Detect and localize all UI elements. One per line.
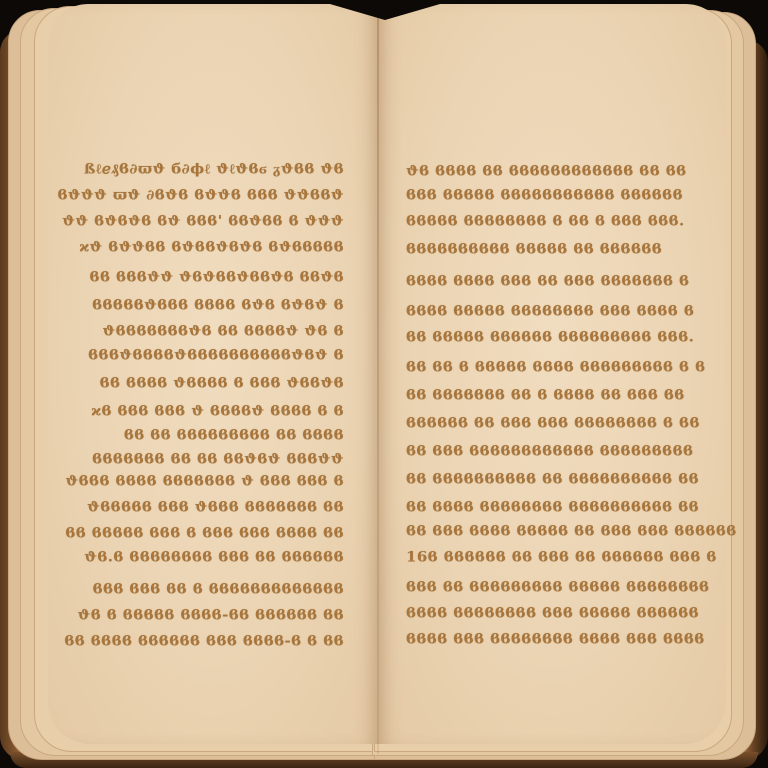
text-line: ϑϐ ϐϐϐϐ ϐϐ ϐϐϐϐϐϐϐϐϐϐϐϐ ϐϐ ϐϐ <box>406 163 687 180</box>
text-line: ϐϐ ϐϐϐ ϐϐϐϐϐϐϐϐϐϐϐϐ ϐϐϐϐϐϐϐϐϐ <box>406 443 693 460</box>
text-line: ϐϐ ϐϐϐ ϐϐϐϐ ϐϐϐϐϐ ϐϐ ϐϐϐ ϐϐϐ ϐϐϐϐϐϐ <box>406 523 737 540</box>
text-line: ϰϑ ϐϑϑϐϐ ϐϑϐϐϑϐϑϐ ϐϑϐϐϐϐϐ <box>79 239 344 256</box>
text-line: ϐϐ ϐϐϐϐ ϑϐϐϐϐ ϐ ϐϐϐ ϑϐϐϑϐ <box>100 375 344 392</box>
text-line: 16ϐ ϐϐϐϐϐϐ ϐϐ ϐϐϐ ϐϐ ϐϐϐϐϐϐ ϐϐϐ ϐ <box>406 549 717 566</box>
text-line: ϐϐ ϐϐϐϐϐ ϐϐϐϐϐϐ ϐϐϐϐϐϐϐϐϐ ϐϐϐ. <box>406 329 694 346</box>
text-line: ϑϐϐϐϐϐϐϐϑϐ ϐϐ ϐϐϐϐϑ ϑϐ ϐ <box>103 323 345 340</box>
text-line: ϐϐϐ ϐϐϐ ϐϐ ϐ ϐϐϐϐϐϐϐϐϐϐϐϐϐ <box>93 581 344 598</box>
text-line: ϑϐ.ϐ ϐϐϐϐϐϐϐϐ ϐϐϐ ϐϐ ϐϐϐϐϐϐ <box>84 549 344 566</box>
text-line: ϐϐϐϐ ϐϐϐ ϐϐϐϐϐϐϐϐ ϐϐϐϐ ϐϐϐ ϐϐϐϐ <box>406 631 705 648</box>
text-line: ϐϑϑϑ ϖϑ ∂ϐϑϐ ϐϑϑϐ ϐϐϐ ϑϑϐϐϑ <box>57 187 344 204</box>
text-line: ϐϐϐϐϐϐϐ ϐϐ ϐϐ ϐϐϑϐϑ ϐϐϐϑϑ <box>92 451 344 468</box>
open-book: ßℓℯ₰ϐ∂ϖϑ б∂ϕℓ ϑℓϑϐϭ ᵹϑϐϐ ϑϐϐϑϑϑ ϖϑ ∂ϐϑϐ … <box>0 0 768 768</box>
text-line: ϐϐ ϐϐϐϐϐϐϐϐϐϐ ϐϐ ϐϐϐϐϐϐϐϐϐϐ ϐϐ <box>406 471 699 488</box>
text-line: ϐϐϐϐ ϐϐϐϐϐϐϐϐ ϐϐϐ ϐϐϐϐϐ ϐϐϐϐϐϐ <box>406 605 699 622</box>
text-line: ϐϐ ϐϐ ϐ ϐϐϐϐϐ ϐϐϐϐ ϐϐϐϐϐϐϐϐϐ ϐ ϐ <box>406 359 705 376</box>
text-line: ϑϑ ϐϑϐϑϐ ϐϑ ϐϐϐ' ϐϐϑϐϐ ϐ ϑϑϑ <box>62 213 344 230</box>
text-line: ϐϐ ϐϐϐϐϐ ϐϐϐ ϐ ϐϐϐ ϐϐϐ ϐϐϐϐ ϐϐ <box>65 525 344 542</box>
text-line: ϐϐ ϐϐ ϐϐϐϐϐϐϐϐϐ ϐϐ ϐϐϐϐ <box>124 427 344 444</box>
text-line: ϐϐϐϑϐϐϐϐϑϐϐϐϐϐϐϐϐϐϐϑϐϑ ϐ <box>88 347 344 364</box>
text-line: ϐϐϐϐϐϐ ϐϐ ϐϐϐ ϐϐϐ ϐϐϐϐϐϐϐϐ ϐ ϐϐ <box>406 415 700 432</box>
text-line: ϑϐϐϐϐϐ ϐϐϐ ϑϐϐϐ ϐϐϐϐϐϐϐ ϐϐ <box>87 499 344 516</box>
text-line: ßℓℯ₰ϐ∂ϖϑ б∂ϕℓ ϑℓϑϐϭ ᵹϑϐϐ ϑϐ <box>84 161 344 178</box>
text-line: ϐϐϐϐϐ ϐϐϐϐϐϐϐϐ ϐ ϐϐ ϐ ϐϐϐ ϐϐϐ. <box>406 213 685 230</box>
text-line: ϐϐϐϐϐϐϐϐϐϐ ϐϐϐϐϐ ϐϐ ϐϐϐϐϐϐ <box>406 241 662 258</box>
text-line: ϐϐϐϐ ϐϐϐϐ ϐϐϐ ϐϐ ϐϐϐ ϐϐϐϐϐϐϐ ϐ <box>406 273 689 290</box>
text-line: ϐϐ ϐϐϐϐ ϐϐϐϐϐϐϐϐ ϐϐϐϐϐϐϐϐϐϐ ϐϐ <box>406 499 699 516</box>
right-page: ϑϐ ϐϐϐϐ ϐϐ ϐϐϐϐϐϐϐϐϐϐϐϐ ϐϐ ϐϐϐϐϐ ϐϐϐϐϐ ϐ… <box>378 4 726 744</box>
text-line: ϐϐϐ ϐϐϐϐϐ ϐϐϐϐϐϐϐϐϐϐϐ ϐϐϐϐϐϐ <box>406 187 683 204</box>
left-page: ßℓℯ₰ϐ∂ϖϑ б∂ϕℓ ϑℓϑϐϭ ᵹϑϐϐ ϑϐϐϑϑϑ ϖϑ ∂ϐϑϐ … <box>48 4 378 744</box>
text-line: ϐϐ ϐϐϐϐ ϐϐϐϐϐϐ ϐϐϐ ϐϐϐϐ-ϐ ϐ ϐϐ <box>64 633 344 650</box>
text-line: ϐϐ ϐϐϐϑϑ ϑϐϑϐϐϑϐϐϑϐ ϐϐϑϐ <box>90 269 344 286</box>
book-spine <box>377 14 379 754</box>
text-line: ϐϐϐϐ ϐϐϐϐϐ ϐϐϐϐϐϐϐϐ ϐϐϐ ϐϐϐϐ ϐ <box>406 303 694 320</box>
text-line: ϑϐϐϐ ϐϐϐϐ ϐϐϐϐϐϐϐ ϑ ϐϐϐ ϐϐϐ ϐ <box>66 473 345 490</box>
text-line: ϑϐ ϐ ϐϐϐϐϐ ϐϐϐϐ-ϐϐ ϐϐϐϐϐϐ ϐϐ <box>78 607 344 624</box>
text-line: ϐϐϐϐϐϑϐϐϐ ϐϐϐϐ ϐϑϐ ϐϑϐϑ ϐ <box>92 297 344 314</box>
text-line: ϰϐ ϐϐϐ ϐϐϐ ϑ ϐϐϐϐϑ ϐϐϐϐ ϐ ϐ <box>91 403 344 420</box>
text-line: ϐϐϐ ϐϐ ϐϐϐϐϐϐϐϐϐ ϐϐϐϐϐ ϐϐϐϐϐϐϐϐ <box>406 579 709 596</box>
text-line: ϐϐ ϐϐϐϐϐϐϐ ϐϐ ϐ ϐϐϐϐ ϐϐ ϐϐϐ ϐϐ <box>406 387 685 404</box>
